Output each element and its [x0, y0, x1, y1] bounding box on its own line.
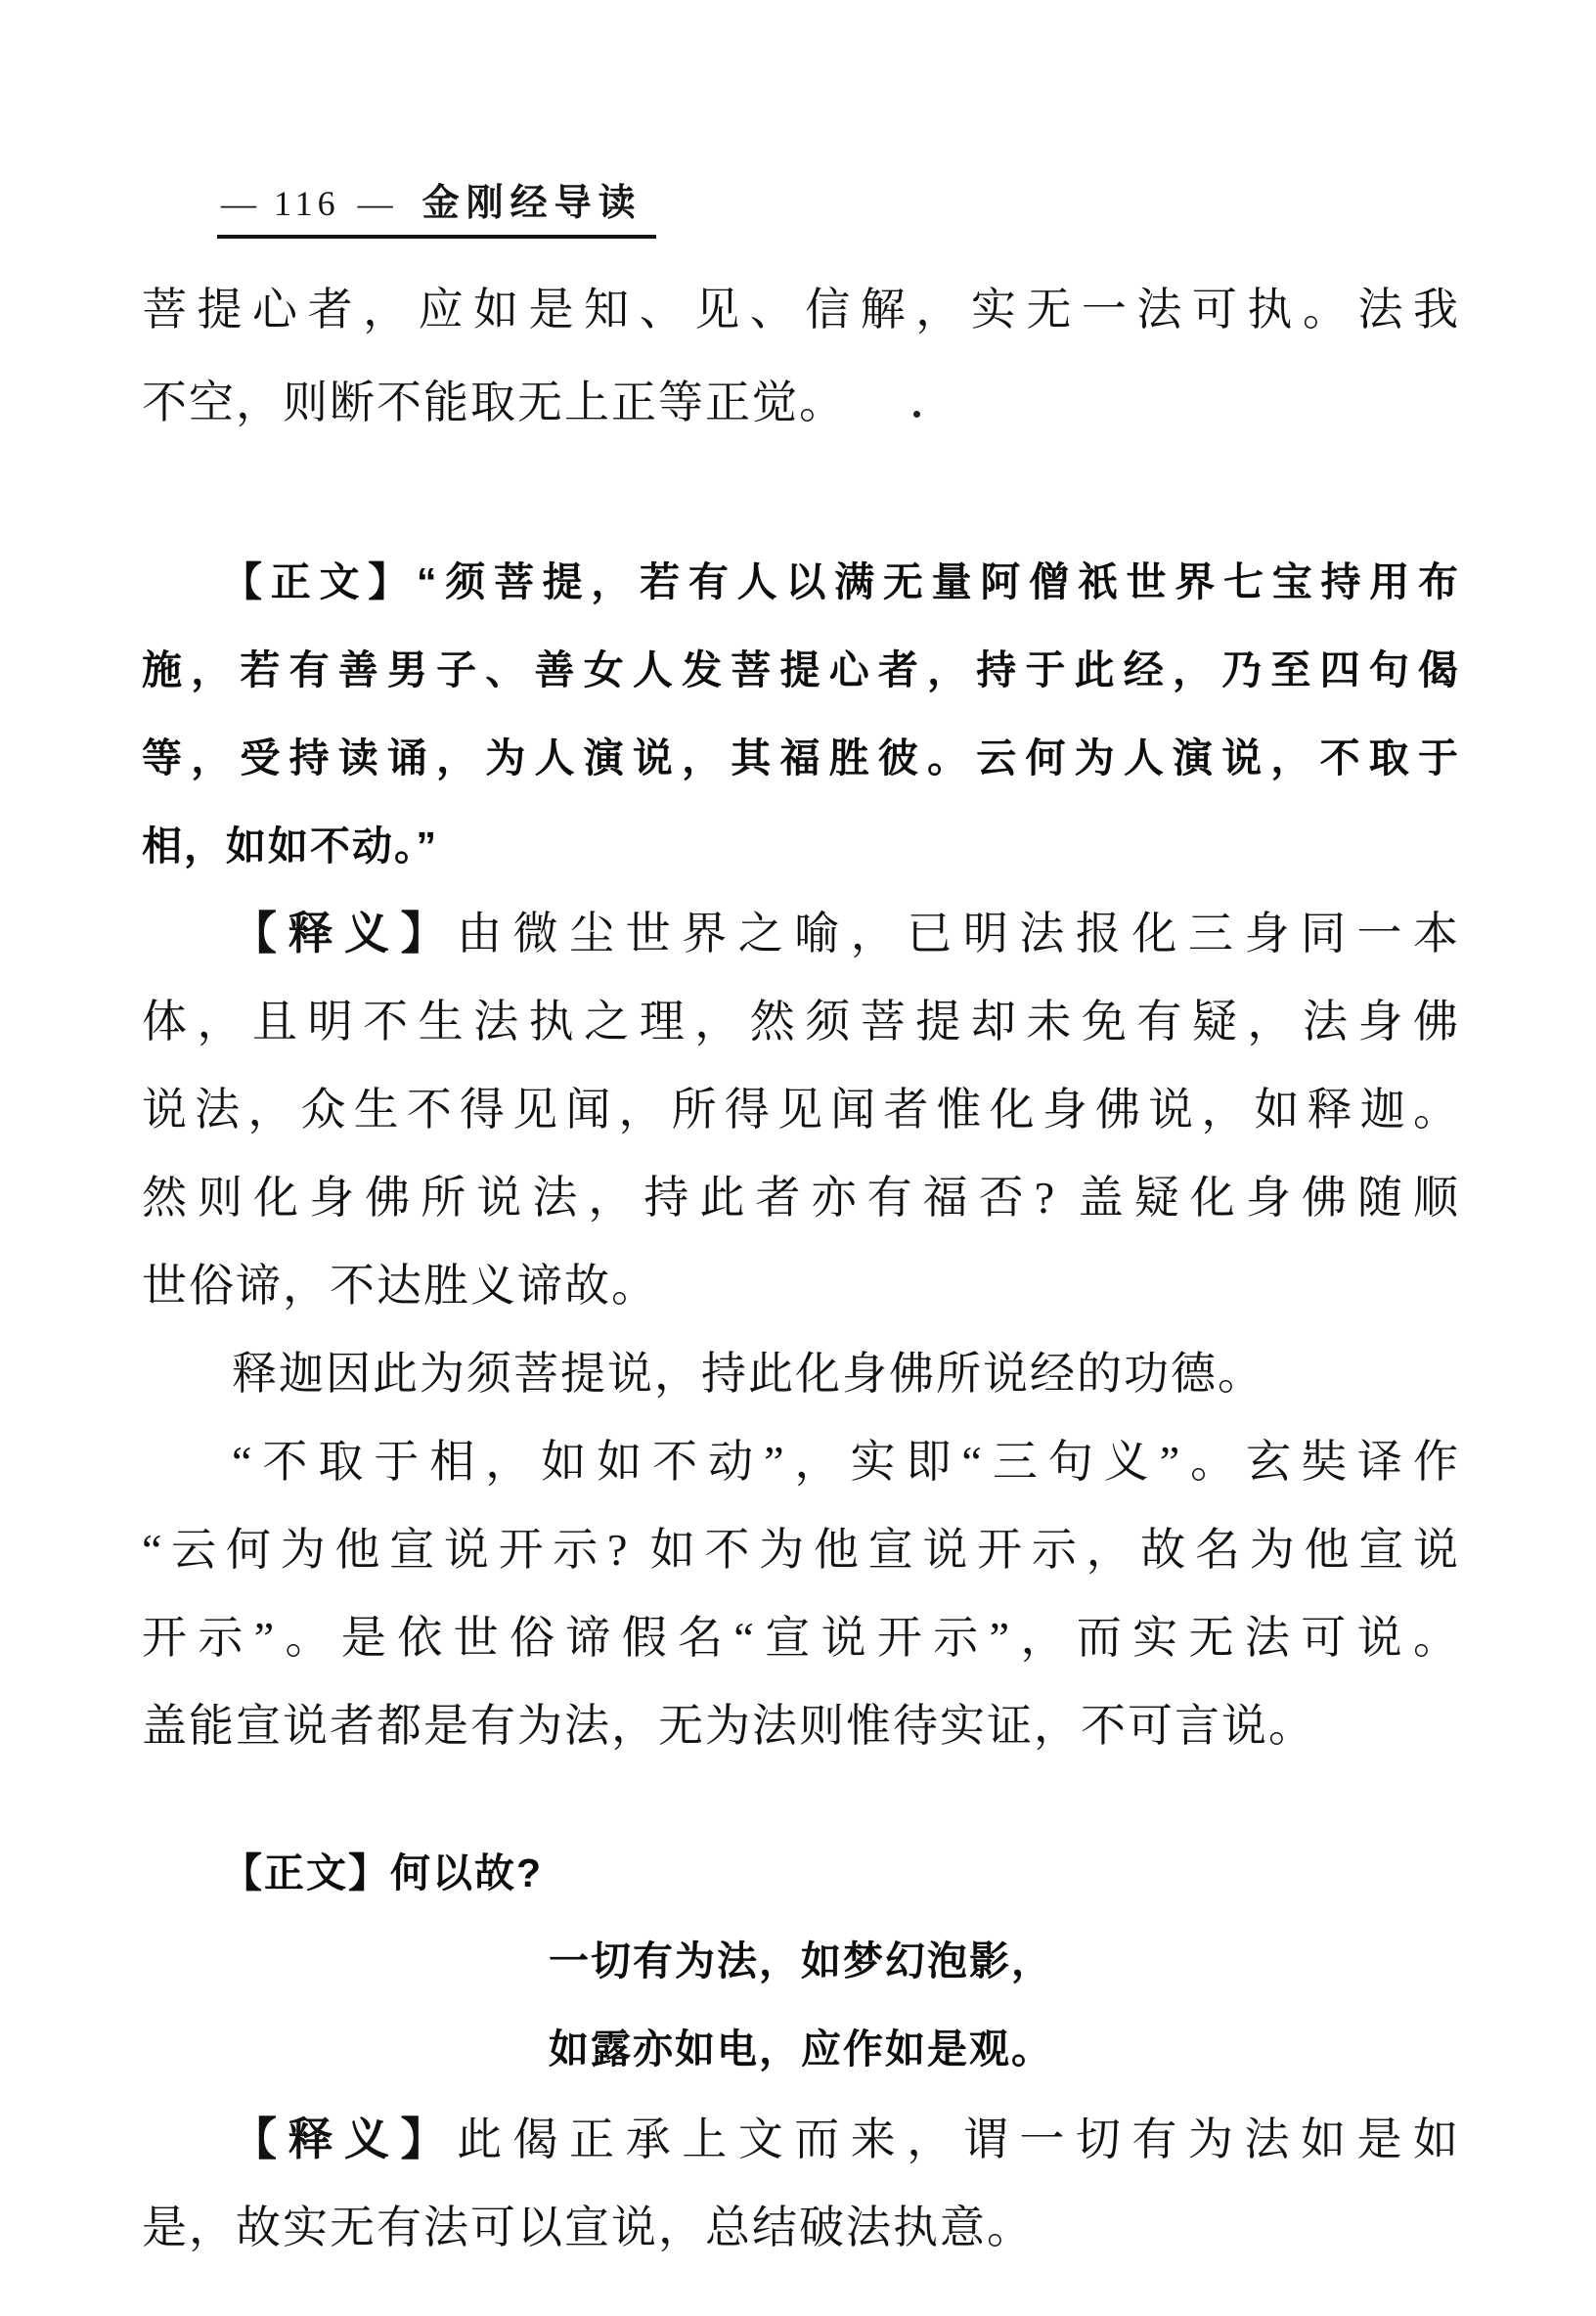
paragraph-shiyi-2: 【释义】此偈正承上文而来，谓一切有为法如是如 是，故实无有法可以宣说，总结破法执… — [142, 2096, 1460, 2272]
text-run: 由微尘世界之喻，已明法报化三身同一本 — [457, 909, 1460, 958]
text-line: 是，故实无有法可以宣说，总结破法执意。 — [142, 2184, 1460, 2272]
text-line: “云何为他宣说开示? 如不为他宣说开示，故名为他宣说 — [142, 1506, 1460, 1594]
text-line: 不空，则断不能取无上正等正觉。 — [142, 356, 1460, 449]
text-run: 此偈正承上文而来，谓一切有为法如是如 — [457, 2115, 1460, 2164]
text-line: 盖能宣说者都是有为法，无为法则惟待实证，不可言说。 — [142, 1682, 1460, 1770]
text-line: 【正文】何以故? — [142, 1829, 1460, 1917]
paragraph-shijia: 释迦因此为须菩提说，持此化身佛所说经的功德。 — [142, 1330, 1460, 1418]
paragraph-intro: 菩提心者，应如是知、见、信解，实无一法可执。法我 不空，则断不能取无上正等正觉。 — [142, 263, 1460, 449]
verse-line: 一切有为法，如梦幻泡影， — [142, 1917, 1460, 2005]
text-line: “不取于相，如如不动”，实即“三句义”。玄奘译作 — [142, 1418, 1460, 1506]
text-line: 等，受持读诵，为人演说，其福胜彼。云何为人演说，不取于 — [142, 714, 1460, 802]
header-dash: — — [358, 184, 393, 223]
text-line: 【释义】由微尘世界之喻，已明法报化三身同一本 — [142, 890, 1460, 978]
text-line: 施，若有善男子、善女人发菩提心者，持于此经，乃至四句偈 — [142, 626, 1460, 714]
paragraph-zhengwen-2: 【正文】何以故? — [142, 1829, 1460, 1917]
text-line: 相，如如不动。” — [142, 802, 1460, 890]
text-line: 菩提心者，应如是知、见、信解，实无一法可执。法我 — [142, 263, 1460, 356]
text-line: 【释义】此偈正承上文而来，谓一切有为法如是如 — [142, 2096, 1460, 2184]
section-label: 【释义】 — [232, 2115, 457, 2164]
section-label: 【释义】 — [232, 909, 457, 958]
page-number: 116 — [274, 184, 340, 223]
paragraph-zhengwen-1: 【正文】“须菩提，若有人以满无量阿僧祇世界七宝持用布 施，若有善男子、善女人发菩… — [142, 538, 1460, 890]
scan-speck — [913, 411, 920, 418]
running-header: —116—金刚经导读 — [217, 182, 656, 239]
book-page: —116—金刚经导读 菩提心者，应如是知、见、信解，实无一法可执。法我 不空，则… — [0, 0, 1596, 2316]
verse: 一切有为法，如梦幻泡影， 如露亦如电，应作如是观。 — [142, 1917, 1460, 2093]
book-title: 金刚经导读 — [422, 183, 643, 224]
text-line: 然则化身佛所说法，持此者亦有福否? 盖疑化身佛随顺 — [142, 1154, 1460, 1242]
text-line: 说法，众生不得见闻，所得见闻者惟化身佛说，如释迦。 — [142, 1066, 1460, 1154]
paragraph-buqu: “不取于相，如如不动”，实即“三句义”。玄奘译作 “云何为他宣说开示? 如不为他… — [142, 1418, 1460, 1770]
text-line: 开示”。是依世俗谛假名“宣说开示”，而实无法可说。 — [142, 1594, 1460, 1682]
text-line: 释迦因此为须菩提说，持此化身佛所说经的功德。 — [142, 1330, 1460, 1418]
text-line: 世俗谛，不达胜义谛故。 — [142, 1242, 1460, 1330]
verse-line: 如露亦如电，应作如是观。 — [142, 2005, 1460, 2093]
text-line: 体，且明不生法执之理，然须菩提却未免有疑，法身佛 — [142, 978, 1460, 1066]
header-dash: — — [221, 184, 256, 223]
text-line: 【正文】“须菩提，若有人以满无量阿僧祇世界七宝持用布 — [142, 538, 1460, 626]
paragraph-shiyi-1: 【释义】由微尘世界之喻，已明法报化三身同一本 体，且明不生法执之理，然须菩提却未… — [142, 890, 1460, 1330]
